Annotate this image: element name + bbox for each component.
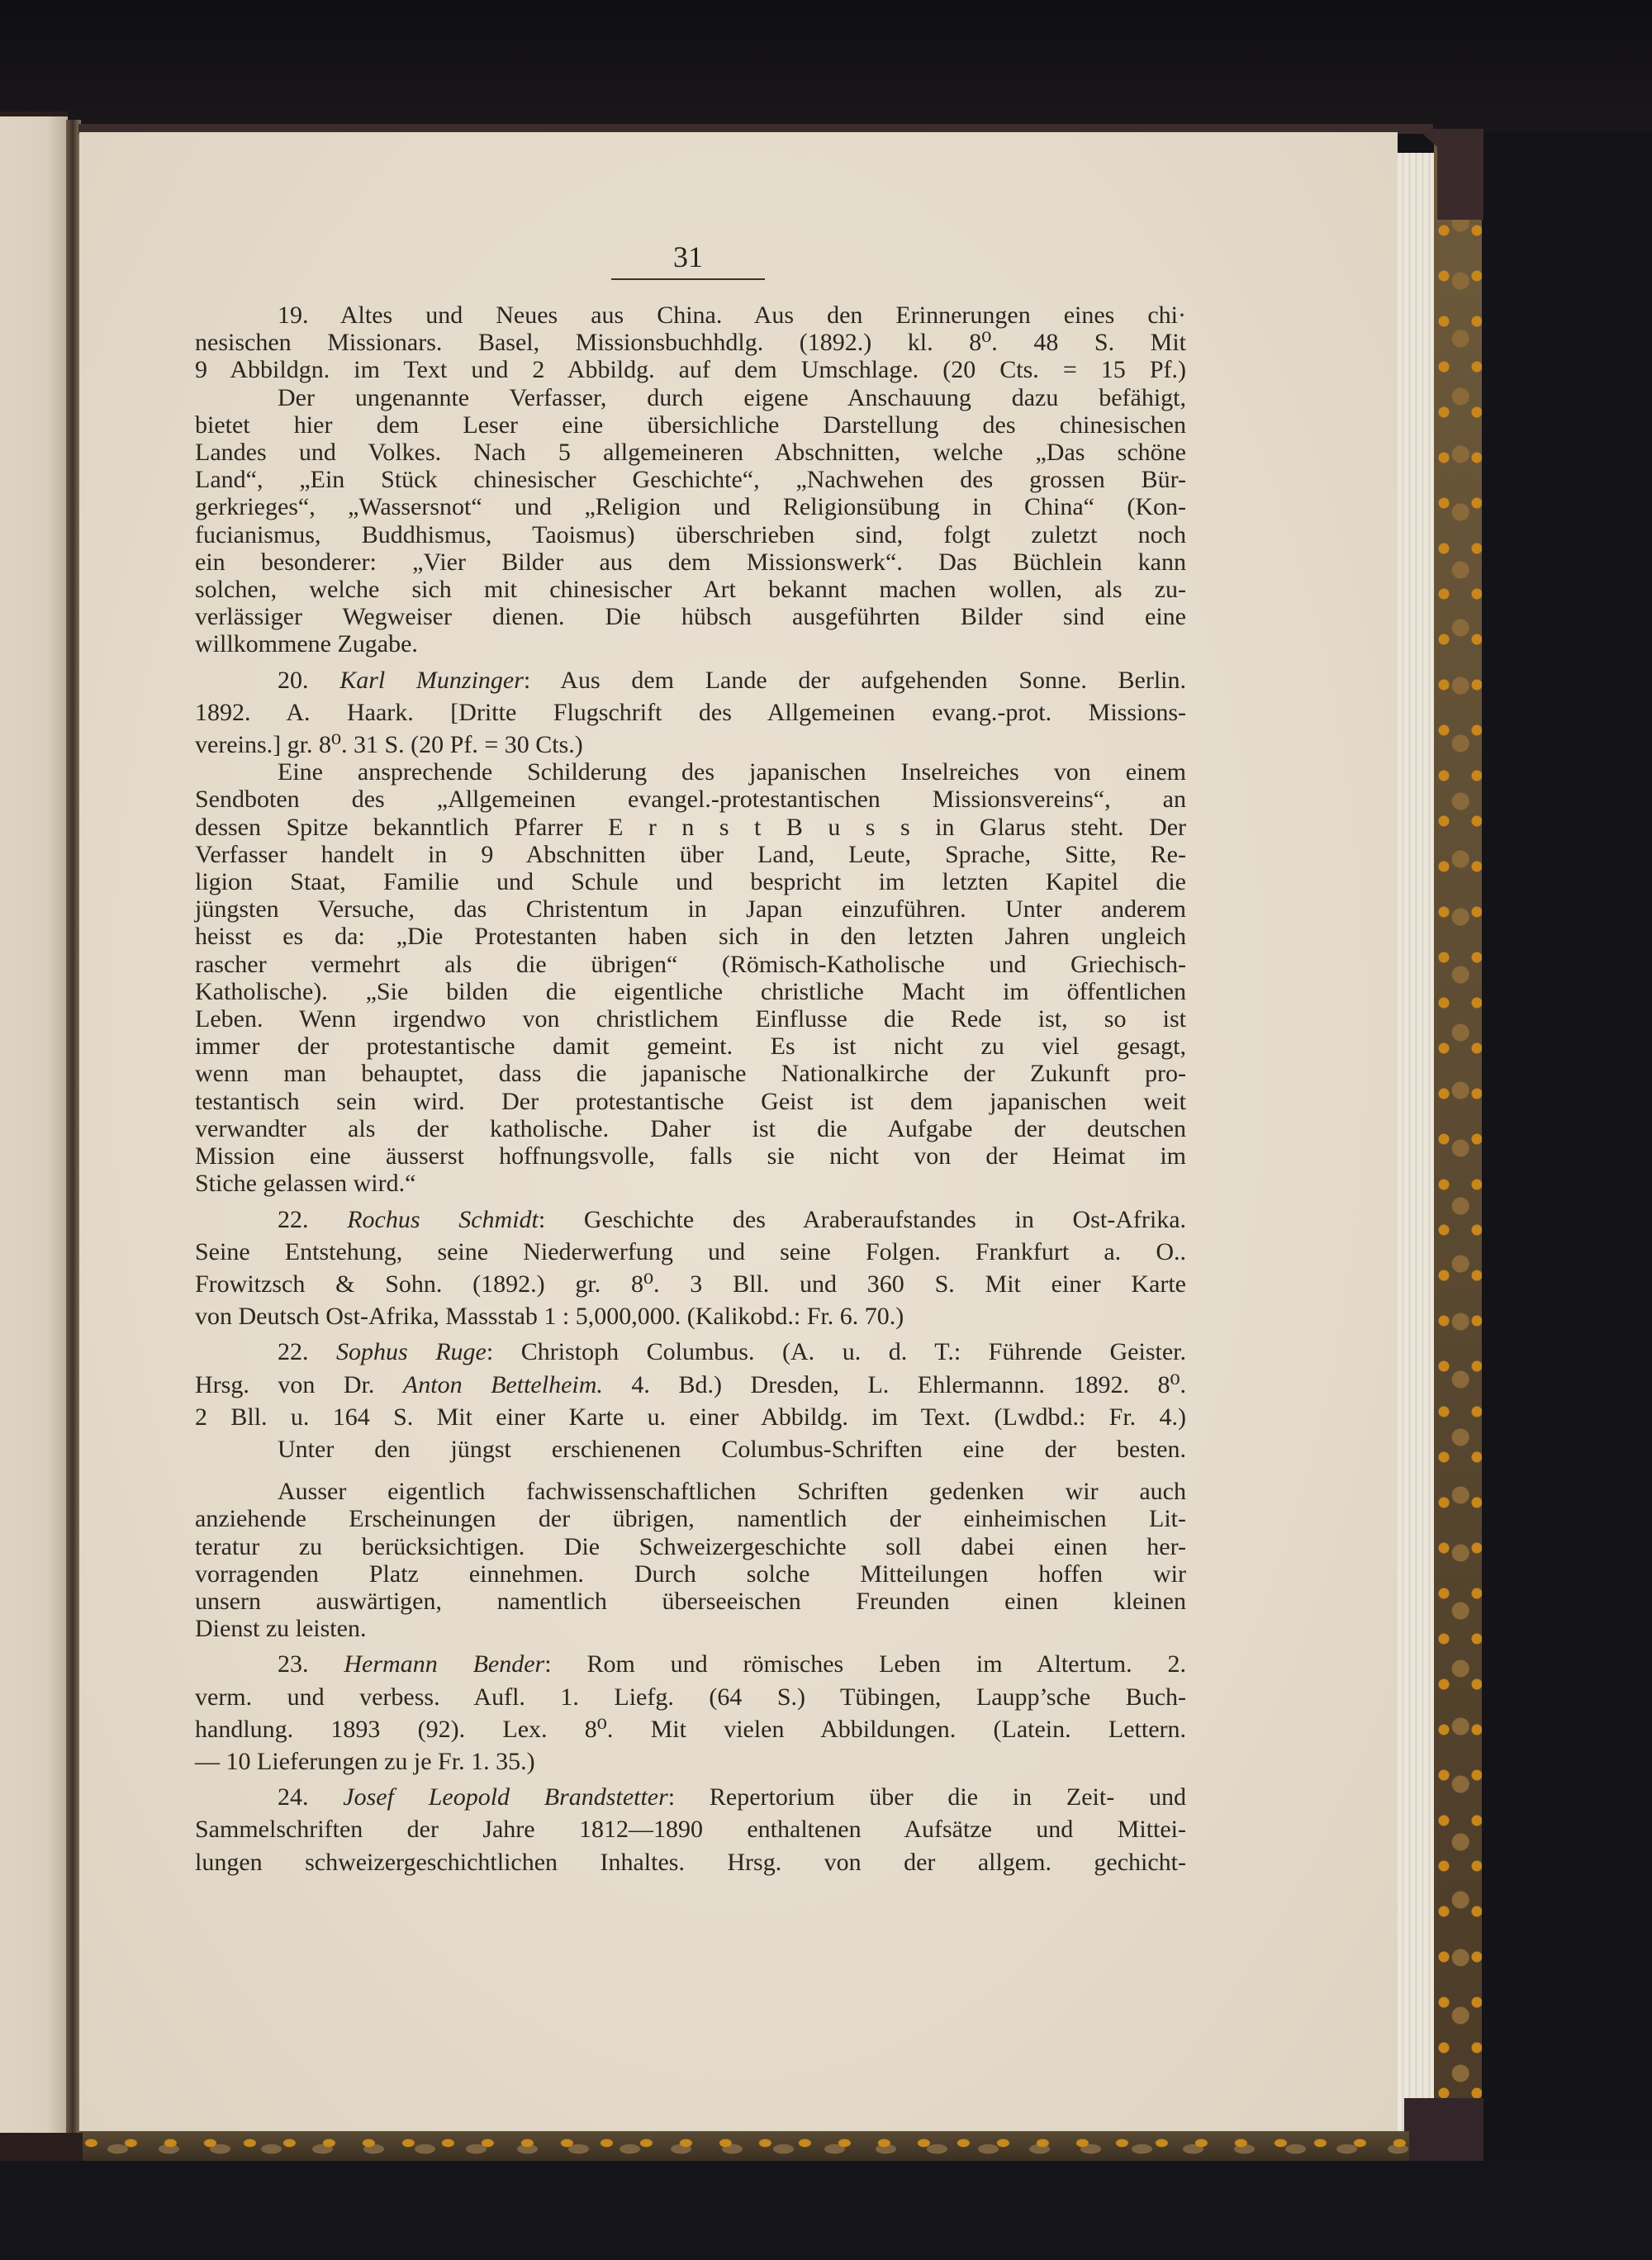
review-line: jüngsten Versuche, das Christentum in Ja… (195, 895, 1186, 923)
entry-editor: Anton Bettelheim. (403, 1371, 603, 1398)
review-line: heisst es da: „Die Protestanten haben si… (195, 923, 1186, 950)
review-line: verwandter als der katholische. Daher is… (195, 1115, 1186, 1142)
entry-author: Karl Munzinger (339, 667, 524, 694)
entry-line: 1892. A. Haark. [Dritte Flugschrift des … (195, 699, 1186, 726)
review-line: rascher vermehrt als die übrigen“ (Römis… (195, 951, 1186, 978)
entry-number: 22. (278, 1338, 309, 1365)
review-line: Katholische). „Sie bilden die eigentlich… (195, 978, 1186, 1005)
entry-title: : Geschichte des Araberaufstandes in Ost… (539, 1206, 1186, 1233)
entry-line: Seine Entstehung, seine Niederwerfung un… (195, 1238, 1186, 1265)
entry-24: 24. Josef Leopold Brandstetter: Repertor… (195, 1783, 1186, 1876)
review-line: wenn man behauptet, dass die japanische … (195, 1060, 1186, 1087)
entry-number: 20. (278, 667, 309, 694)
review-line: Eine ansprechende Schilderung des japani… (195, 758, 1186, 786)
review-line: fucianismus, Buddhismus, Taoismus) übers… (195, 521, 1186, 548)
cover-corner-bottom (1404, 2098, 1483, 2163)
background-top (0, 0, 1652, 132)
review-line: bietet hier dem Leser eine übersichliche… (195, 411, 1186, 439)
review-line: gerkrieges“, „Wassersnot“ und „Religion … (195, 493, 1186, 520)
review-line: verlässiger Wegweiser dienen. Die hübsch… (195, 603, 1186, 630)
entry-23: 23. Hermann Bender: Rom und römisches Le… (195, 1650, 1186, 1775)
page-number: 31 (610, 240, 767, 274)
note-line: Ausser eigentlich fachwissenschaftlichen… (195, 1478, 1186, 1505)
note-line: teratur zu berücksichtigen. Die Schweize… (195, 1533, 1186, 1560)
review-line: Landes und Volkes. Nach 5 allgemeineren … (195, 439, 1186, 466)
review-line: Mission eine äusserst hoffnungsvolle, fa… (195, 1142, 1186, 1170)
review-line: solchen, welche sich mit chinesischer Ar… (195, 576, 1186, 603)
entry-line: von Deutsch Ost-Afrika, Massstab 1 : 5,0… (195, 1303, 1186, 1330)
entry-line: 9 Abbildgn. im Text und 2 Abbildg. auf d… (195, 356, 1186, 383)
review-line: willkommene Zugabe. (195, 630, 1186, 658)
review-line: immer der protestantische damit gemeint.… (195, 1033, 1186, 1060)
entry-line: — 10 Lieferungen zu je Fr. 1. 35.) (195, 1748, 1186, 1775)
entry-line: Hrsg. von Dr. Anton Bettelheim. 4. Bd.) … (195, 1371, 1186, 1398)
entry-heading: 22. Rochus Schmidt: Geschichte des Arabe… (195, 1206, 1186, 1233)
entry-number: 24. (278, 1783, 309, 1811)
entry-22-ruge: 22. Sophus Ruge: Christoph Columbus. (A.… (195, 1338, 1186, 1463)
page-text: 19. Altes und Neues aus China. Aus den E… (195, 301, 1186, 1876)
review-line: ligion Staat, Familie und Schule und bes… (195, 868, 1186, 895)
entry-author: Sophus Ruge (336, 1338, 487, 1365)
note-line: unsern auswärtigen, namentlich überseeis… (195, 1588, 1186, 1615)
review-line: Unter den jüngst erschienenen Columbus-S… (195, 1436, 1186, 1463)
marbled-bottom-edge (79, 2131, 1409, 2161)
entry-line: Sammelschriften der Jahre 1812—1890 enth… (195, 1816, 1186, 1843)
entry-22-schmidt: 22. Rochus Schmidt: Geschichte des Arabe… (195, 1206, 1186, 1331)
entry-line: Frowitzsch & Sohn. (1892.) gr. 8⁰. 3 Bll… (195, 1270, 1186, 1298)
entry-author: Josef Leopold Brandstetter (343, 1783, 668, 1811)
entry-number: 23. (278, 1650, 309, 1678)
review-line: Land“, „Ein Stück chinesischer Geschicht… (195, 466, 1186, 493)
background-bottom (0, 2161, 1652, 2260)
entry-line: lungen schweizergeschichtlichen Inhaltes… (195, 1849, 1186, 1876)
review-line: testantisch sein wird. Der protestantisc… (195, 1088, 1186, 1115)
note-line: vorragenden Platz einnehmen. Durch solch… (195, 1560, 1186, 1588)
entry-heading: 20. Karl Munzinger: Aus dem Lande der au… (195, 667, 1186, 694)
note-line: Dienst zu leisten. (195, 1615, 1186, 1642)
review-line: Der ungenannte Verfasser, durch eigene A… (195, 384, 1186, 411)
note-line: anziehende Erscheinungen der übrigen, na… (195, 1505, 1186, 1532)
entry-heading: 22. Sophus Ruge: Christoph Columbus. (A.… (195, 1338, 1186, 1365)
entry-author: Rochus Schmidt (347, 1206, 539, 1233)
entry-line: nesischen Missionars. Basel, Missionsbuc… (195, 329, 1186, 356)
entry-title: : Repertorium über die in Zeit- und (668, 1783, 1186, 1811)
review-line: Leben. Wenn irgendwo von christlichem Ei… (195, 1005, 1186, 1033)
review-line: Sendboten des „Allgemeinen evangel.-prot… (195, 786, 1186, 813)
review-line: dessen Spitze bekanntlich Pfarrer E r n … (195, 814, 1186, 841)
marbled-cover-edge (1434, 131, 1482, 2146)
entry-heading: 24. Josef Leopold Brandstetter: Repertor… (195, 1783, 1186, 1811)
page-stack-edge (1398, 153, 1434, 2131)
entry-title: : Aus dem Lande der aufgehenden Sonne. B… (524, 667, 1186, 694)
review-line: Verfasser handelt in 9 Abschnitten über … (195, 841, 1186, 868)
entry-title: : Rom und römisches Leben im Altertum. 2… (544, 1650, 1186, 1678)
entry-line: 19. Altes und Neues aus China. Aus den E… (195, 301, 1186, 329)
review-line: ein besonderer: „Vier Bilder aus dem Mis… (195, 548, 1186, 576)
page-number-rule (611, 278, 765, 280)
entry-number: 22. (278, 1206, 309, 1233)
entry-19: 19. Altes und Neues aus China. Aus den E… (195, 301, 1186, 658)
editorial-note: Ausser eigentlich fachwissenschaftlichen… (195, 1478, 1186, 1642)
entry-heading: 23. Hermann Bender: Rom und römisches Le… (195, 1650, 1186, 1678)
entry-line: vereins.] gr. 8⁰. 31 S. (20 Pf. = 30 Cts… (195, 731, 1186, 758)
review-line: Stiche gelassen wird.“ (195, 1170, 1186, 1197)
entry-line: verm. und verbess. Aufl. 1. Liefg. (64 S… (195, 1683, 1186, 1711)
previous-page-edge (0, 112, 68, 2148)
entry-author: Hermann Bender (344, 1650, 544, 1678)
entry-20: 20. Karl Munzinger: Aus dem Lande der au… (195, 667, 1186, 1198)
entry-line: handlung. 1893 (92). Lex. 8⁰. Mit vielen… (195, 1716, 1186, 1743)
entry-title: : Christoph Columbus. (A. u. d. T.: Führ… (487, 1338, 1186, 1365)
entry-line: 2 Bll. u. 164 S. Mit einer Karte u. eine… (195, 1403, 1186, 1431)
